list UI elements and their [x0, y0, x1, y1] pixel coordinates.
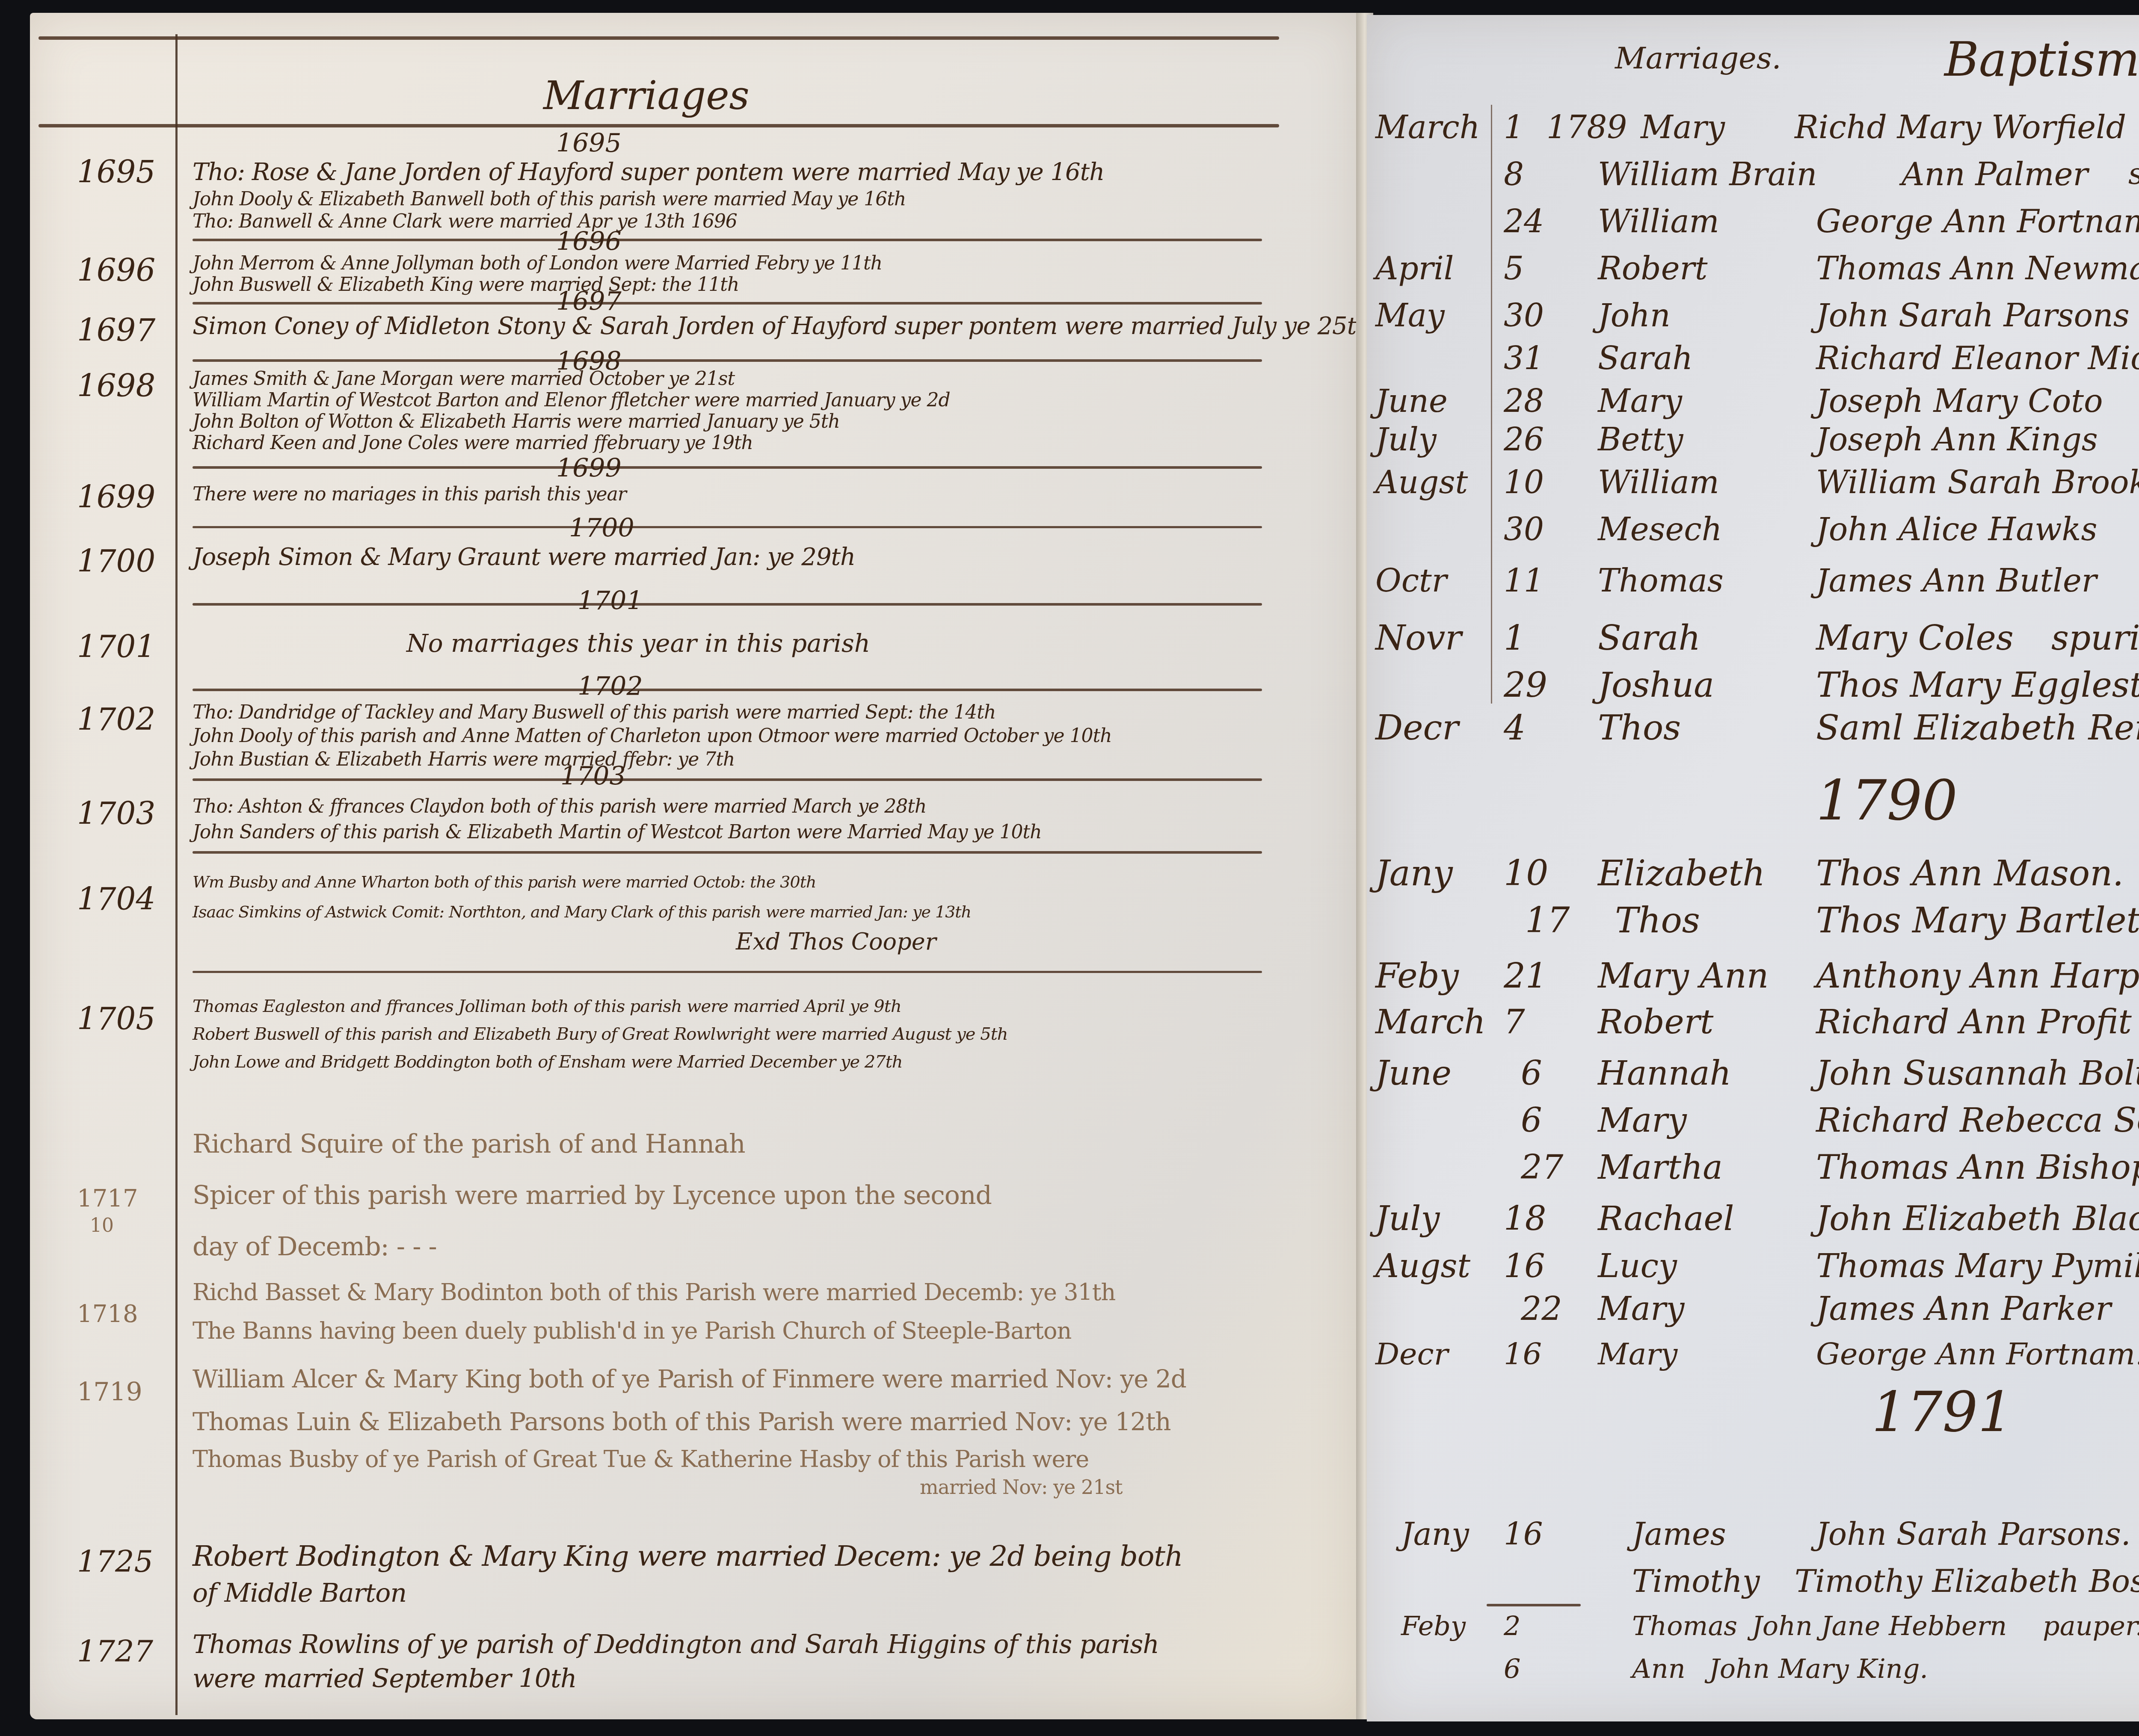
- margin-year: 1699: [77, 479, 155, 515]
- month: Augst: [1375, 464, 1468, 501]
- month: Augst: [1375, 1247, 1470, 1285]
- child-name: Robert: [1598, 250, 1708, 287]
- marriage-entry: John Sanders of this parish & Elizabeth …: [193, 821, 1042, 843]
- year-rule: [193, 778, 1262, 781]
- parents: John Elizabeth Blackwall: [1816, 1200, 2139, 1238]
- month: July: [1375, 1200, 1440, 1238]
- page-title: Baptisms: [1944, 32, 2139, 87]
- day: 27: [1521, 1148, 1563, 1187]
- day: 29: [1504, 665, 1547, 705]
- margin-year: 1718: [77, 1300, 138, 1328]
- margin-year: 1702: [77, 701, 155, 737]
- child-name: James: [1632, 1516, 1726, 1552]
- child-name: Thos: [1615, 900, 1700, 941]
- parents: George Ann Fortnam: [1816, 203, 2139, 240]
- child-name: William: [1598, 464, 1719, 501]
- child-name: Mary: [1641, 109, 1725, 146]
- marriage-entry: Tho: Ashton & ffrances Claydon both of t…: [193, 796, 926, 817]
- margin-year: 1695: [77, 154, 155, 190]
- marriage-entry: No marriages this year in this parish: [406, 629, 870, 658]
- child-name: Martha: [1598, 1148, 1723, 1187]
- month: Novr: [1375, 618, 1462, 658]
- center-year: 1701: [578, 586, 643, 616]
- marriage-entry: William Martin of Westcot Barton and Ele…: [193, 389, 950, 411]
- divider: [1487, 1604, 1581, 1606]
- marriage-entry: Thomas Eagleston and ffrances Jolliman b…: [193, 997, 901, 1016]
- marriage-entry: Spicer of this parish were married by Ly…: [193, 1180, 992, 1210]
- margin-year: 1698: [77, 368, 155, 404]
- child-name: Elizabeth: [1598, 853, 1765, 894]
- month: March: [1375, 109, 1480, 146]
- day: 10: [1504, 853, 1548, 894]
- marriage-entry: John Buswell & Elizabeth King were marri…: [193, 274, 739, 296]
- year-rule: [193, 239, 1262, 241]
- child-name: Betty: [1598, 421, 1683, 458]
- year-rule: [193, 302, 1262, 305]
- center-year: 1703: [560, 761, 626, 791]
- header-marriages: Marriages.: [1615, 41, 1781, 76]
- year-rule: [193, 689, 1262, 691]
- child-name: William: [1598, 203, 1719, 240]
- day: 22: [1521, 1289, 1562, 1328]
- year-rule: [193, 603, 1262, 606]
- year-heading: 1790: [1816, 768, 1958, 833]
- month: May: [1375, 297, 1445, 334]
- parents: Thos Mary Bartlett.: [1816, 900, 2139, 941]
- month: Feby: [1401, 1610, 1466, 1641]
- marriage-entry: Joseph Simon & Mary Graunt were married …: [193, 543, 855, 571]
- day: 16: [1504, 1516, 1543, 1552]
- center-year: 1695: [556, 128, 622, 158]
- year-heading: 1791: [1872, 1379, 2013, 1444]
- month: Jany: [1401, 1516, 1469, 1552]
- marriage-entry: Robert Buswell of this parish and Elizab…: [193, 1024, 1008, 1044]
- day: 30: [1504, 297, 1544, 334]
- marriage-entry: John Bolton of Wotton & Elizabeth Harris…: [193, 411, 840, 432]
- signature: Exd Thos Cooper: [736, 928, 936, 955]
- day: 1: [1504, 618, 1526, 658]
- page-title: Marriages: [543, 73, 750, 118]
- margin-year: 1727: [77, 1634, 153, 1669]
- parents: John Alice Hawks: [1816, 511, 2097, 548]
- parents: John Susannah Bolton: [1816, 1054, 2139, 1093]
- month: March: [1375, 1003, 1486, 1041]
- parents: Ann Palmer: [1902, 156, 2088, 193]
- parents: Mary Coles: [1816, 618, 2014, 658]
- marriage-entry: Robert Bodington & Mary King were marrie…: [193, 1540, 1183, 1573]
- marriage-entry: William Alcer & Mary King both of ye Par…: [193, 1364, 1186, 1393]
- margin-rule: [1491, 105, 1492, 704]
- center-year: 1699: [556, 453, 622, 483]
- child-name: Joshua: [1598, 665, 1714, 705]
- year-rule: [193, 359, 1262, 362]
- parents: Thomas Mary Pymill.: [1816, 1247, 2139, 1285]
- center-year: 1702: [578, 671, 643, 701]
- parents: Joseph Mary Coto: [1816, 383, 2103, 420]
- center-year: 1700: [569, 513, 634, 543]
- day: 24: [1504, 203, 1544, 240]
- child-name: Thomas: [1598, 562, 1724, 599]
- child-name: Timothy: [1632, 1563, 1760, 1599]
- note: spurius pauper: [2128, 156, 2139, 191]
- marriage-entry: John Bustian & Elizabeth Harris were mar…: [193, 748, 735, 770]
- parents: Saml Elizabeth Renn.: [1816, 708, 2139, 748]
- parents: Joseph Ann Kings: [1816, 421, 2098, 458]
- marriage-entry: were married September 10th: [193, 1664, 577, 1694]
- marriage-entry: John Dooly of this parish and Anne Matte…: [193, 725, 1111, 747]
- child-name: Mary: [1598, 1101, 1687, 1140]
- day: 18: [1504, 1200, 1546, 1238]
- child-name: Mary Ann: [1598, 956, 1769, 996]
- header-rule: [39, 124, 1279, 127]
- marriage-entry: John Merrom & Anne Jollyman both of Lond…: [193, 252, 882, 274]
- marriage-entry: Simon Coney of Midleton Stony & Sarah Jo…: [193, 312, 1371, 340]
- child-name: John: [1598, 297, 1671, 334]
- right-page-baptisms: Marriages. Baptisms 37 73 duty to paid S…: [1367, 15, 2139, 1721]
- note: pauper.: [2043, 1610, 2139, 1641]
- year-rule: [193, 971, 1262, 973]
- parents: James Ann Parker: [1816, 1289, 2111, 1328]
- month: Feby: [1375, 956, 1459, 996]
- day: 31: [1504, 340, 1544, 377]
- day: 7: [1504, 1003, 1525, 1041]
- year: 1789: [1546, 109, 1627, 146]
- marriage-entry: Isaac Simkins of Astwick Comit: Northton…: [193, 902, 971, 921]
- day: 6: [1504, 1653, 1520, 1684]
- marriage-entry: John Lowe and Bridgett Boddington both o…: [193, 1052, 903, 1072]
- child-name: Sarah: [1598, 340, 1693, 377]
- parents: William Sarah Brooks: [1816, 464, 2139, 501]
- note: spurius. pauper.: [2051, 618, 2139, 658]
- child-name: Mary: [1598, 1289, 1684, 1328]
- margin-year: 1696: [77, 252, 155, 288]
- month: Decr: [1375, 708, 1459, 748]
- parents: Thomas Ann Bishop.: [1816, 1148, 2139, 1187]
- marriage-entry: James Smith & Jane Morgan were married O…: [193, 368, 735, 390]
- marriage-entry: day of Decemb: - - -: [193, 1232, 437, 1262]
- day: 5: [1504, 250, 1524, 287]
- child-name: Robert: [1598, 1003, 1713, 1041]
- parents: Thos Ann Mason.: [1816, 853, 2124, 894]
- margin-year: 1701: [77, 629, 155, 665]
- marriage-entry: Richard Squire of the parish of and Hann…: [193, 1129, 745, 1159]
- marriage-entry: John Dooly & Elizabeth Banwell both of t…: [193, 188, 906, 210]
- day: 16: [1504, 1247, 1545, 1285]
- day: 28: [1504, 383, 1544, 420]
- day: 21: [1504, 956, 1547, 996]
- marriage-entry: Thomas Busby of ye Parish of Great Tue &…: [193, 1446, 1089, 1473]
- parents: John Sarah Parsons.: [1816, 1516, 2131, 1552]
- margin-year: 1704: [77, 881, 155, 917]
- margin-year: 1719: [77, 1377, 142, 1407]
- left-page-marriages: Marriages 1695 1695 Tho: Rose & Jane Jor…: [30, 13, 1360, 1719]
- parents: John Sarah Parsons: [1816, 297, 2130, 334]
- parents: Timothy Elizabeth Boswell: [1795, 1563, 2139, 1599]
- marriage-entry: There were no mariages in this parish th…: [193, 483, 626, 505]
- child-name: Sarah: [1598, 618, 1701, 658]
- parents: James Ann Butler: [1816, 562, 2097, 599]
- child-name: Hannah: [1598, 1054, 1731, 1093]
- margin-year: 1703: [77, 796, 155, 831]
- child-name: Thos: [1598, 708, 1681, 748]
- marriage-entry: Thomas Luin & Elizabeth Parsons both of …: [193, 1407, 1171, 1436]
- day: 16: [1504, 1337, 1542, 1372]
- day: 6: [1521, 1054, 1542, 1093]
- parents: Richard Eleanor Michell: [1816, 340, 2139, 377]
- month: June: [1375, 1054, 1452, 1093]
- parents: Richard Ann Profit: [1816, 1003, 2132, 1041]
- margin-year: 1717: [77, 1185, 138, 1213]
- child-name: Rachael: [1598, 1200, 1734, 1238]
- month: Octr: [1375, 562, 1447, 599]
- parents: John Mary King.: [1709, 1653, 1928, 1684]
- margin-year: 1725: [77, 1544, 153, 1579]
- marriage-entry: Thomas Rowlins of ye parish of Deddingto…: [193, 1630, 1159, 1659]
- marriage-entry: Tho: Banwell & Anne Clark were married A…: [193, 210, 737, 232]
- day: 30: [1504, 511, 1544, 548]
- marriage-entry: married Nov: ye 21st: [920, 1476, 1123, 1499]
- child-name: Mary: [1598, 383, 1682, 420]
- day: 11: [1504, 562, 1544, 599]
- child-name: Thomas: [1632, 1610, 1737, 1641]
- margin-rule: [175, 34, 178, 1715]
- marriage-entry: Richd Basset & Mary Bodinton both of thi…: [193, 1279, 1115, 1306]
- day: 10: [1504, 464, 1544, 501]
- parents: Thos Mary Eggleston: [1816, 665, 2139, 705]
- marriage-entry: Tho: Dandridge of Tackley and Mary Buswe…: [193, 701, 995, 723]
- month: June: [1375, 383, 1448, 420]
- day: 17: [1525, 900, 1570, 941]
- marriage-entry: Tho: Rose & Jane Jorden of Hayford super…: [193, 158, 1104, 186]
- parents: Richard Rebecca Seeney: [1816, 1101, 2139, 1140]
- year-rule: [193, 466, 1262, 469]
- day: 26: [1504, 421, 1544, 458]
- year-rule: [193, 851, 1262, 854]
- day: 1: [1504, 109, 1524, 146]
- child-name: Mary: [1598, 1337, 1677, 1372]
- parents: Anthony Ann Harper.: [1816, 956, 2139, 996]
- margin-year: 1705: [77, 1001, 155, 1037]
- day: 4: [1504, 708, 1526, 748]
- month: Jany: [1375, 853, 1453, 894]
- margin-year: 1697: [77, 312, 155, 348]
- child-name: Ann: [1632, 1653, 1686, 1684]
- parents: Richd Mary Worfield: [1795, 109, 2126, 146]
- marriage-entry: of Middle Barton: [193, 1578, 406, 1608]
- parents: Thomas Ann Newman: [1816, 250, 2139, 287]
- day: 8: [1504, 156, 1524, 193]
- month: Decr: [1375, 1337, 1448, 1372]
- child-name: William Brain: [1598, 156, 1817, 193]
- month: April: [1375, 250, 1454, 287]
- month: July: [1375, 421, 1437, 458]
- marriage-entry: Richard Keen and Jone Coles were married…: [193, 432, 753, 454]
- top-rule: [39, 36, 1279, 40]
- parents: John Jane Hebbern: [1752, 1610, 2007, 1641]
- marriage-entry: The Banns having been duely publish'd in…: [193, 1317, 1071, 1344]
- marriage-entry: Wm Busby and Anne Wharton both of this p…: [193, 872, 816, 891]
- child-name: Lucy: [1598, 1247, 1677, 1285]
- child-name: Mesech: [1598, 511, 1722, 548]
- year-rule: [193, 526, 1262, 528]
- day: 2: [1504, 1610, 1520, 1641]
- day: 6: [1521, 1101, 1542, 1140]
- margin-year: 1700: [77, 543, 155, 579]
- margin-year-sub: 10: [90, 1215, 114, 1236]
- parents: George Ann Fortnam.: [1816, 1337, 2139, 1372]
